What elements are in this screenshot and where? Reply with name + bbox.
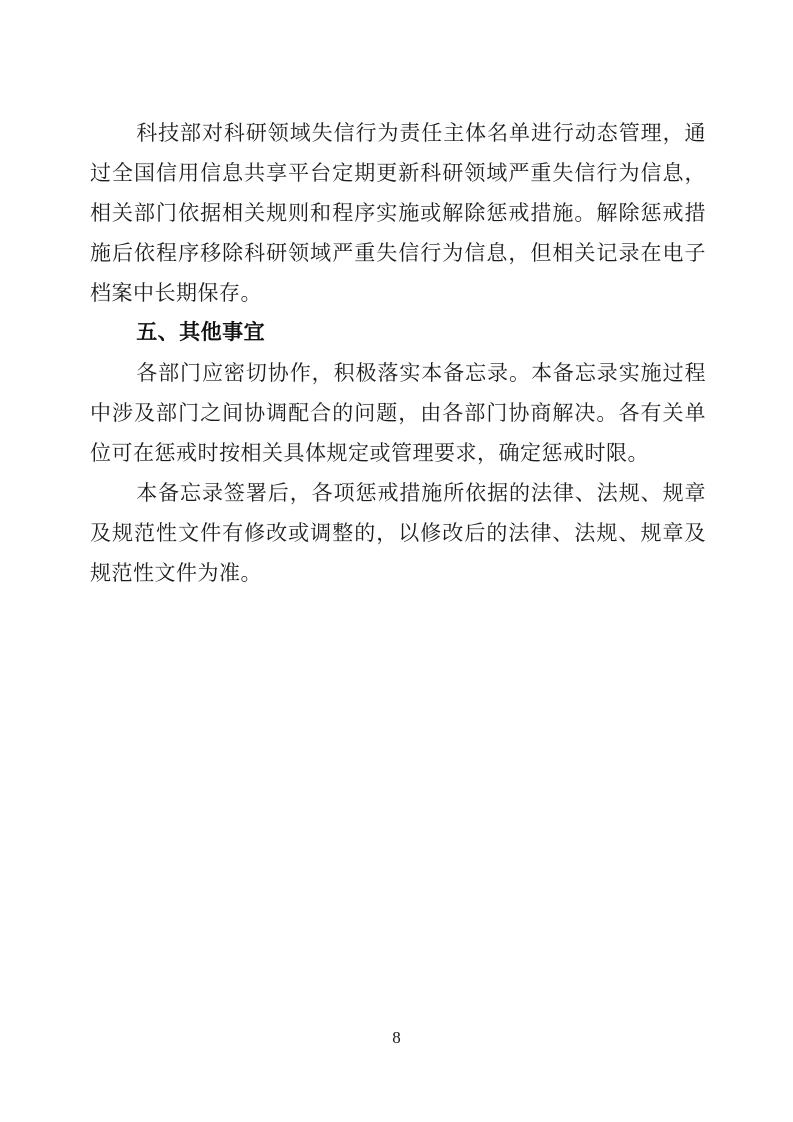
- page-footer: 8: [0, 1028, 793, 1048]
- document-body: 科技部对科研领域失信行为责任主体名单进行动态管理，通过全国信用信息共享平台定期更…: [90, 113, 706, 593]
- paragraph-cooperation: 各部门应密切协作，积极落实本备忘录。本备忘录实施过程中涉及部门之间协调配合的问题…: [90, 353, 706, 473]
- document-page: 科技部对科研领域失信行为责任主体名单进行动态管理，通过全国信用信息共享平台定期更…: [0, 0, 793, 1122]
- paragraph-dynamic-management: 科技部对科研领域失信行为责任主体名单进行动态管理，通过全国信用信息共享平台定期更…: [90, 113, 706, 313]
- section-heading-other-matters: 五、其他事宜: [90, 313, 706, 353]
- page-number: 8: [392, 1028, 401, 1047]
- paragraph-legal-basis: 本备忘录签署后，各项惩戒措施所依据的法律、法规、规章及规范性文件有修改或调整的，…: [90, 473, 706, 593]
